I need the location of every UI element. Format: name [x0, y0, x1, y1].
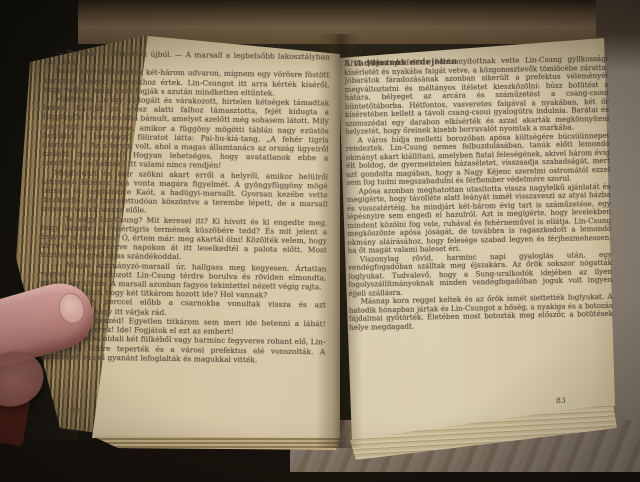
- book-photo: — Tovább! — sürgették újból. — A marsall…: [0, 0, 640, 482]
- paragraph: A város hídja melletti borozóban apósa k…: [345, 131, 610, 187]
- fingernail: [55, 290, 88, 327]
- right-page-text: VIII. fejezet A vaddisznók erdejében A v…: [344, 55, 614, 400]
- paragraph: Miközben Lin így álldogált és várakozott…: [42, 94, 329, 172]
- left-page-text: — Tovább! — sürgették újból. — A marsall…: [38, 48, 330, 412]
- paragraph: Megfordult és már szökni akart erről a h…: [41, 168, 328, 219]
- shelf-edge-background: [0, 0, 640, 44]
- paragraph: Apósa azonban meghatottan utasította vis…: [346, 182, 611, 255]
- page-number-left: 82: [70, 406, 80, 415]
- paragraph: Viszonylag rövid, harminc napi gyaloglás…: [348, 250, 613, 298]
- page-number-right: 83: [556, 396, 566, 405]
- paragraph: — Te vagy Lin-Csung? Mit keresel itt? Ki…: [41, 214, 328, 265]
- paragraph: — Magas kormányzó-marsall úr, hallgass m…: [40, 260, 326, 292]
- paragraph: Másnap kora reggel keltek és az őrök ism…: [349, 293, 614, 332]
